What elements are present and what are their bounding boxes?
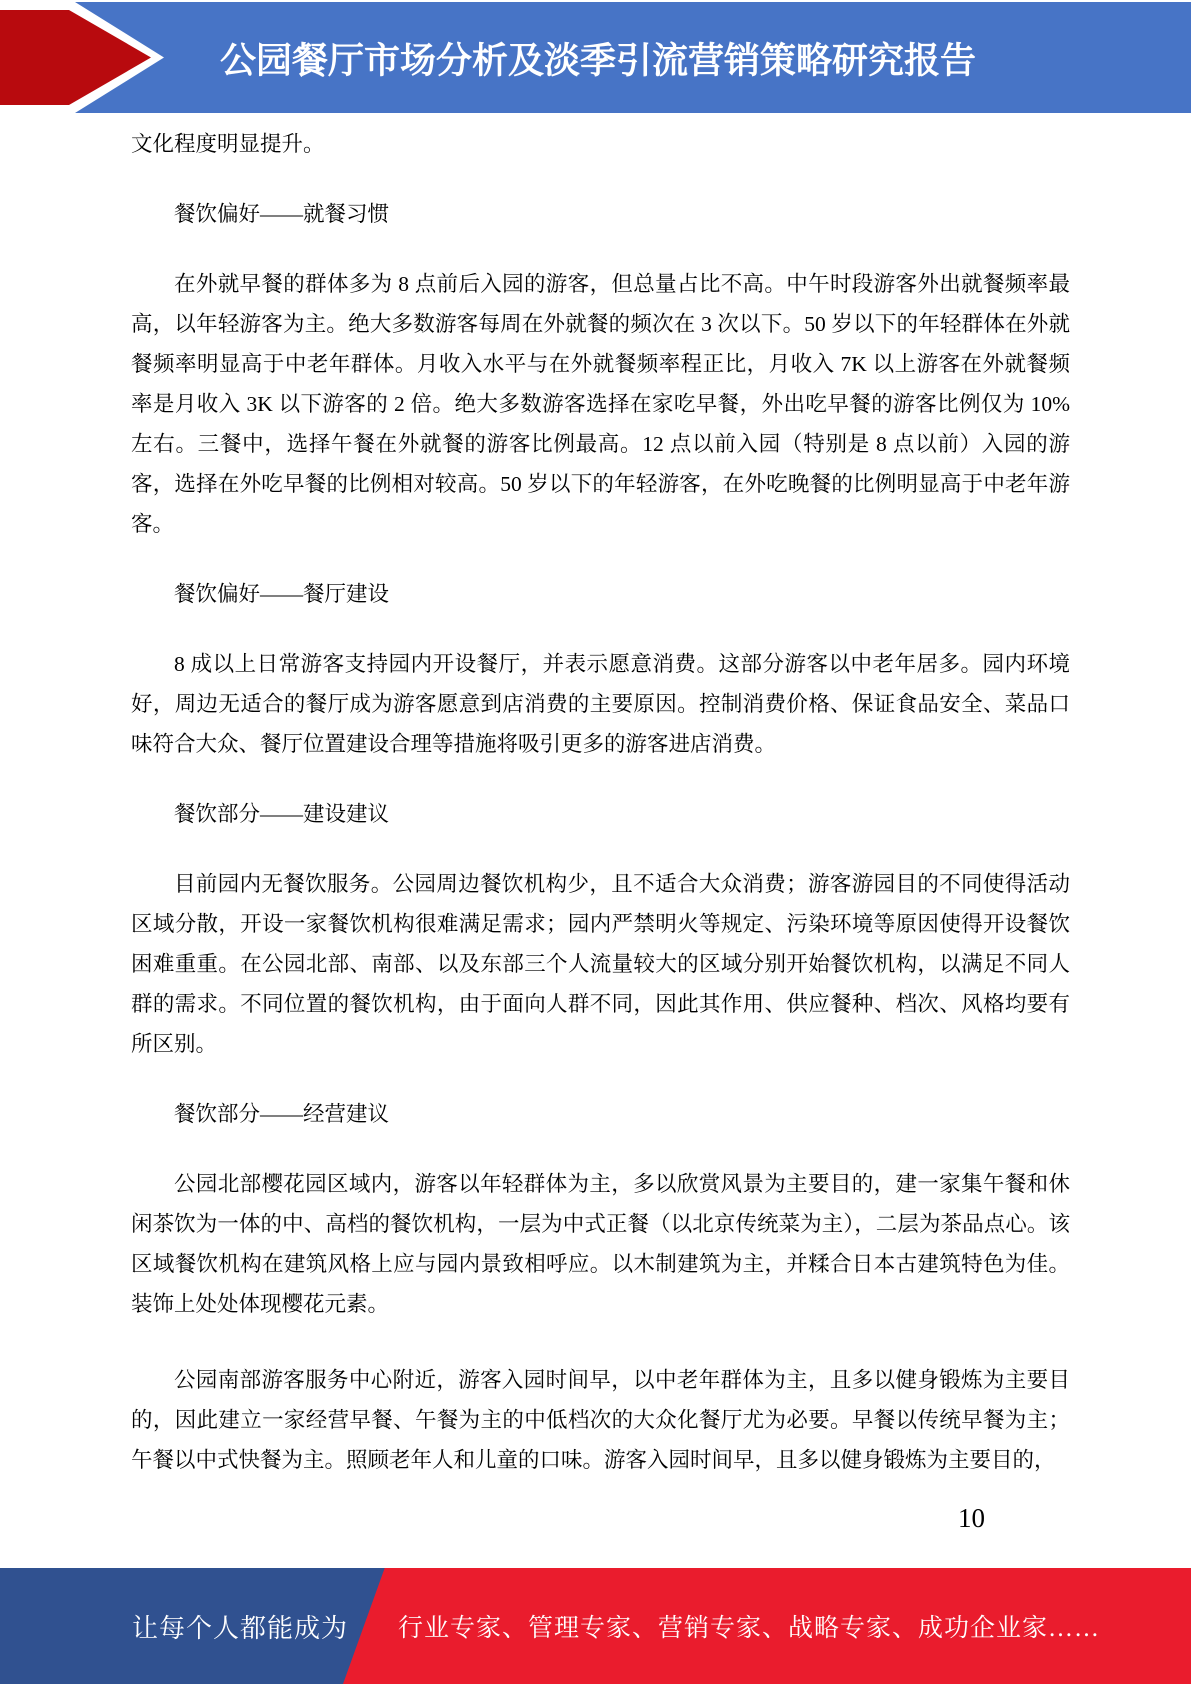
page-footer: 让每个人都能成为 行业专家、管理专家、营销专家、战略专家、成功企业家…… xyxy=(0,1568,1191,1684)
document-body: 文化程度明显提升。 餐饮偏好——就餐习惯 在外就早餐的群体多为 8 点前后入园的… xyxy=(0,0,1191,1480)
section-heading: 餐饮部分——建设建议 xyxy=(131,794,1070,834)
paragraph-continuation: 文化程度明显提升。 xyxy=(131,124,1070,164)
section-heading: 餐饮部分——经营建议 xyxy=(131,1094,1070,1134)
section-heading: 餐饮偏好——就餐习惯 xyxy=(131,194,1070,234)
footer-slogan-left: 让每个人都能成为 xyxy=(0,1568,348,1684)
page-number: 10 xyxy=(958,1505,985,1532)
report-page: 公园餐厅市场分析及淡季引流营销策略研究报告 文化程度明显提升。 餐饮偏好——就餐… xyxy=(0,0,1191,1684)
paragraph: 8 成以上日常游客支持园内开设餐厅，并表示愿意消费。这部分游客以中老年居多。园内… xyxy=(131,644,1070,764)
paragraph: 公园北部樱花园区域内，游客以年轻群体为主，多以欣赏风景为主要目的，建一家集午餐和… xyxy=(131,1164,1070,1324)
paragraph: 公园南部游客服务中心附近，游客入园时间早，以中老年群体为主，且多以健身锻炼为主要… xyxy=(131,1360,1070,1480)
paragraph: 在外就早餐的群体多为 8 点前后入园的游客，但总量占比不高。中午时段游客外出就餐… xyxy=(131,264,1070,544)
paragraph: 目前园内无餐饮服务。公园周边餐饮机构少，且不适合大众消费；游客游园目的不同使得活… xyxy=(131,864,1070,1064)
section-heading: 餐饮偏好——餐厅建设 xyxy=(131,574,1070,614)
footer-slogan-right: 行业专家、管理专家、营销专家、战略专家、成功企业家…… xyxy=(398,1568,1191,1684)
